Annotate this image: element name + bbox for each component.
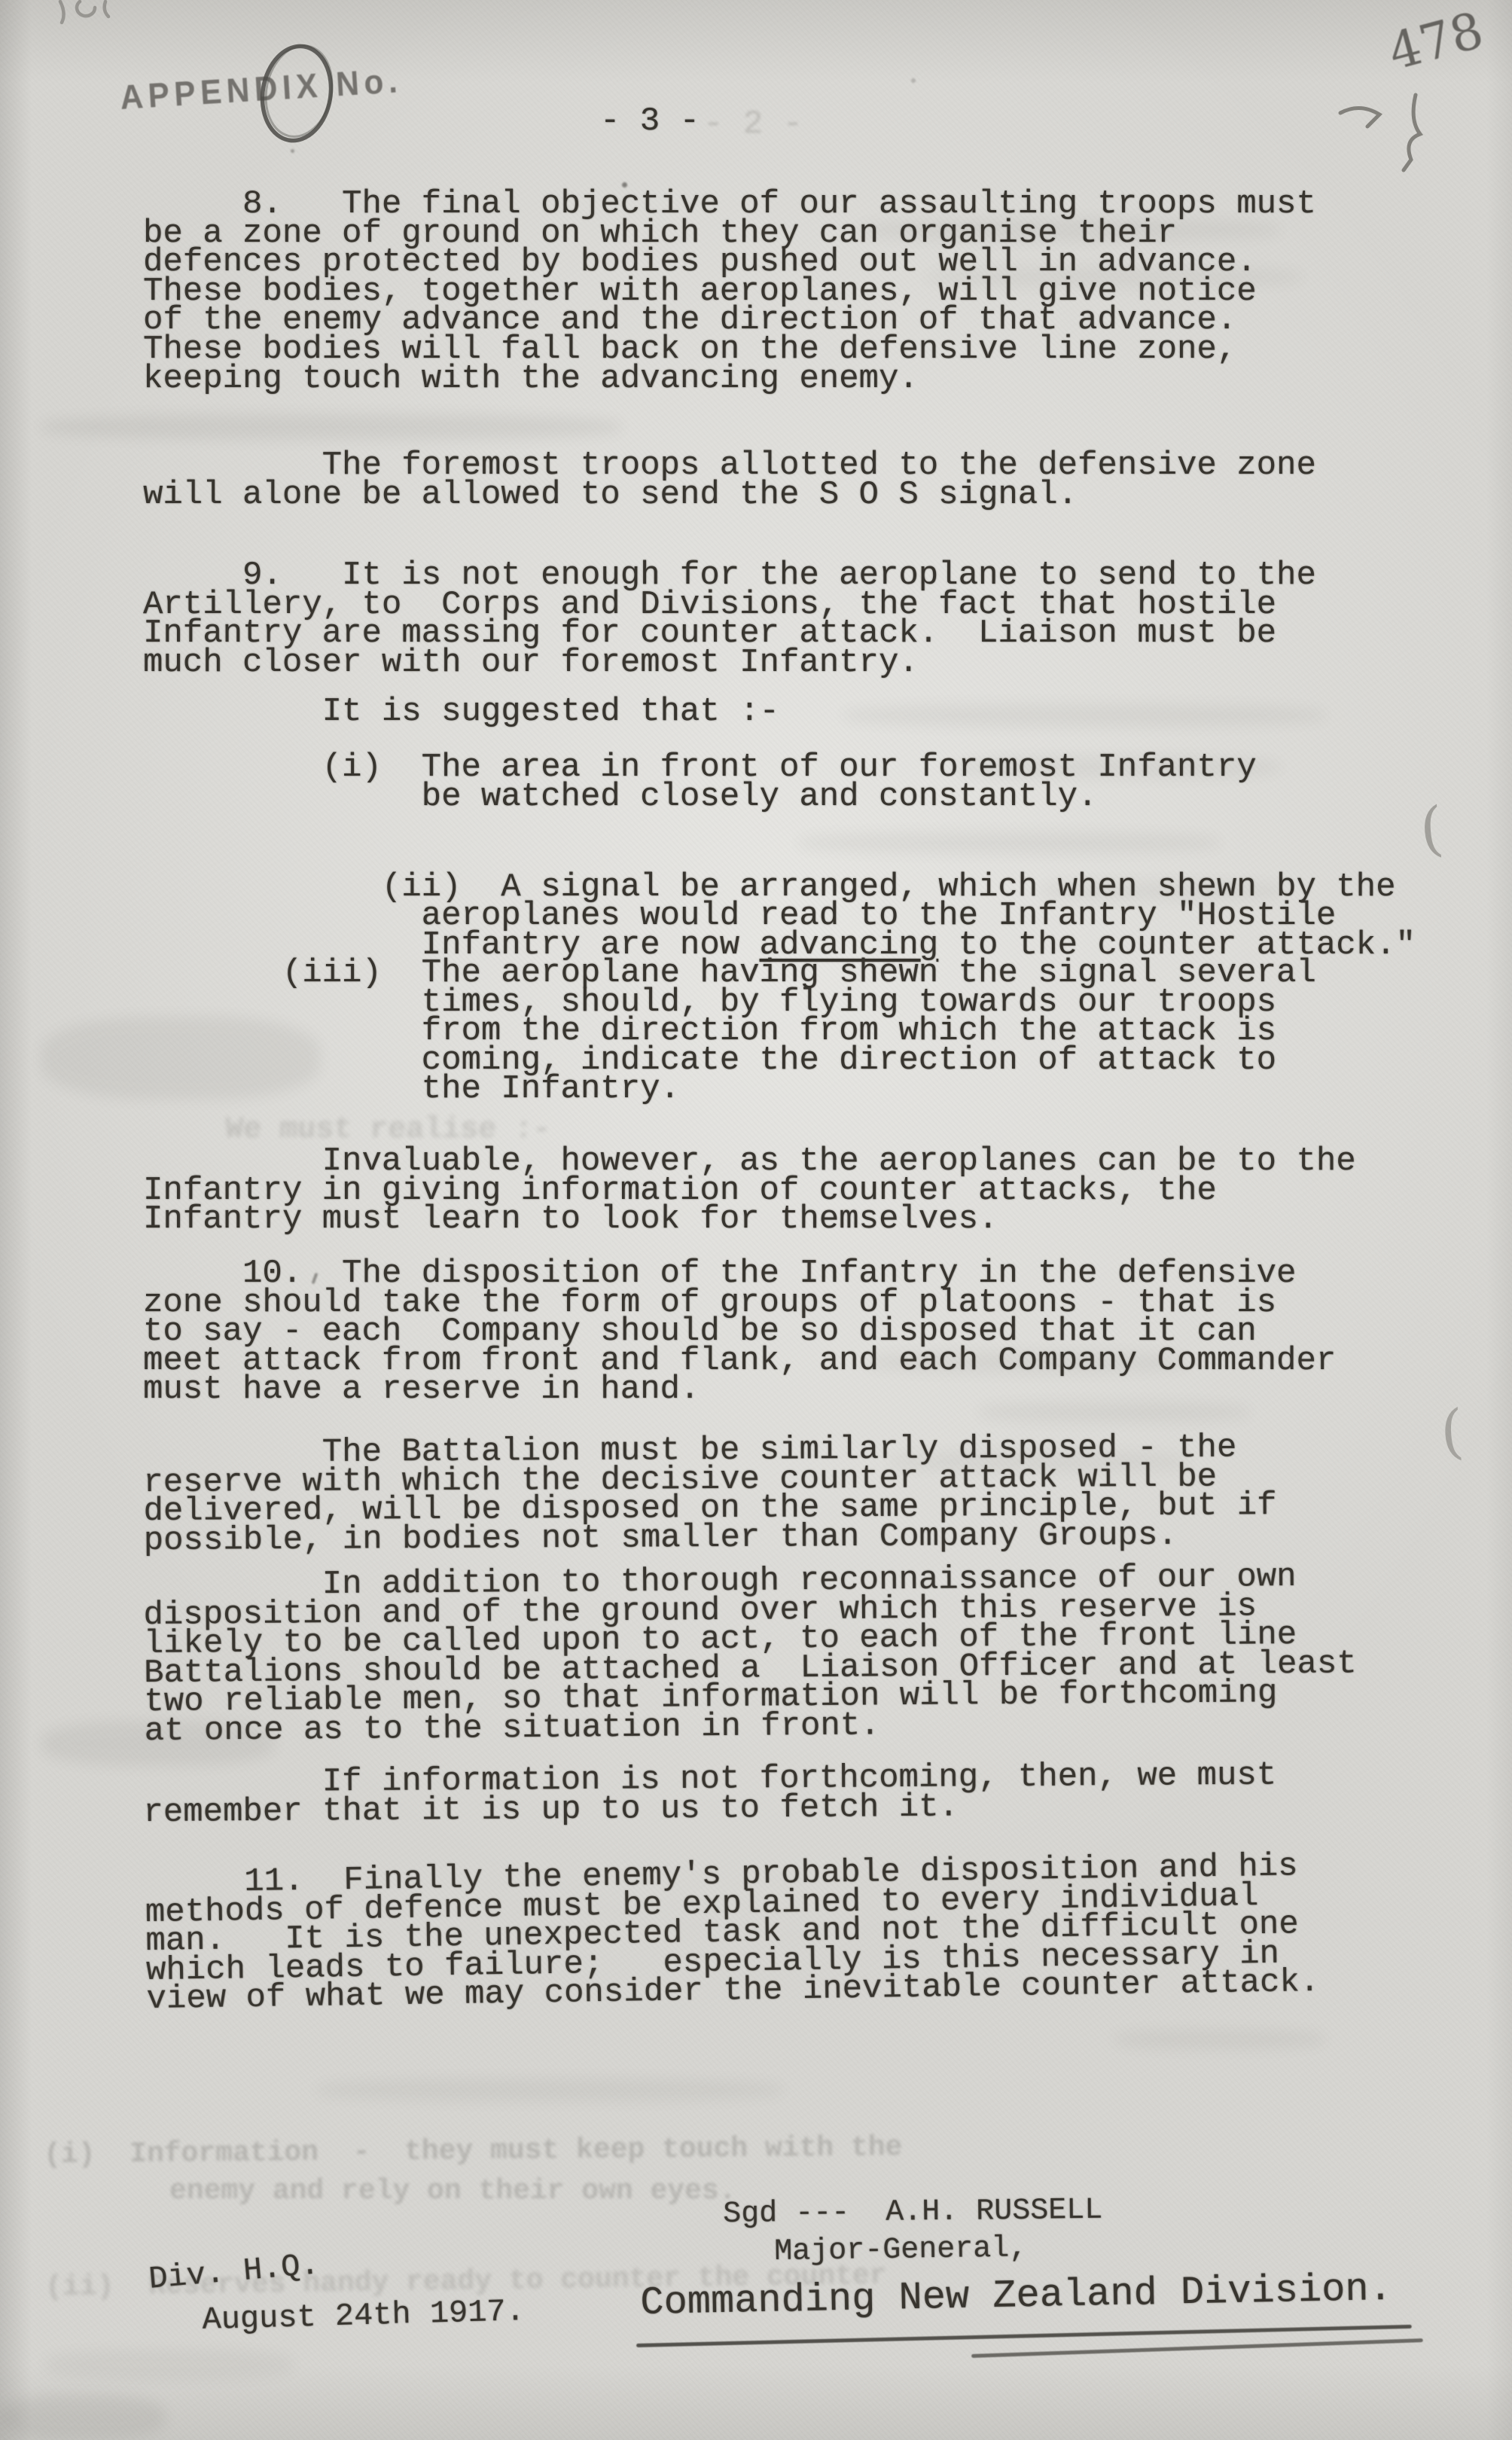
bleedthrough-text-eyes: enemy and rely on their own eyes. <box>169 2175 736 2207</box>
paragraph-9: 9. It is not enough for the aeroplane to… <box>143 561 1316 677</box>
signature-underline-second <box>971 2338 1423 2358</box>
ink-bleed-smudge <box>45 2350 294 2380</box>
pencil-mark-paren-lower: ( <box>1438 1398 1466 1467</box>
paragraph-10-battalion: The Battalion must be similarly disposed… <box>143 1433 1277 1555</box>
cropped-pencil-mark <box>53 0 128 30</box>
ink-speck <box>911 78 916 83</box>
paragraph-10-addition: In addition to thorough reconnaissance o… <box>143 1562 1357 1746</box>
appendix-oval-mark <box>253 33 351 154</box>
pencil-mark-paren: ( <box>1417 795 1446 864</box>
document-page: APPENDIX No. - 3 - - 2 - 478 8. The fina… <box>0 0 1512 2440</box>
ink-speck <box>291 149 294 153</box>
paragraph-9-intro: It is suggested that :- <box>143 697 779 727</box>
paragraph-invaluable: Invaluable, however, as the aeroplanes c… <box>143 1147 1356 1234</box>
ink-bleed-smudge <box>41 414 621 440</box>
page-number: - 3 - <box>600 107 700 136</box>
pencil-scribble <box>1327 81 1462 179</box>
folio-number: 478 <box>1382 1 1489 81</box>
page-number-ghost: - 2 - <box>703 110 803 139</box>
bleedthrough-text-realise: We must realise :- <box>224 1113 551 1147</box>
ink-bleed-smudge <box>979 1402 1250 1422</box>
ink-speck <box>622 182 627 188</box>
ink-bleed-smudge <box>843 704 1325 727</box>
bleedthrough-text-information: (i) Information - they must keep touch w… <box>44 2131 903 2171</box>
signature-sgd: Sgd --- A.H. RUSSELL <box>723 2197 1102 2230</box>
ink-bleed-smudge <box>1114 2030 1325 2049</box>
paragraph-10: 10. The disposition of the Infantry in t… <box>143 1259 1336 1405</box>
ink-bleed-smudge <box>316 2079 783 2101</box>
signature-date: August 24th 1917. <box>202 2297 525 2335</box>
list-item-i: (i) The area in front of our foremost In… <box>143 753 1257 811</box>
list-item-iii: (iii) The aeroplane having shewn the sig… <box>143 959 1316 1104</box>
paragraph-11: 11. Finally the enemy's probable disposi… <box>145 1852 1320 2015</box>
paper-corner-shadow <box>0 2395 166 2440</box>
paragraph-8: 8. The final objective of our assaulting… <box>143 190 1316 393</box>
paragraph-8-foremost: The foremost troops allotted to the defe… <box>143 451 1316 509</box>
paragraph-10-fetch: If information is not forthcoming, then,… <box>143 1761 1277 1827</box>
